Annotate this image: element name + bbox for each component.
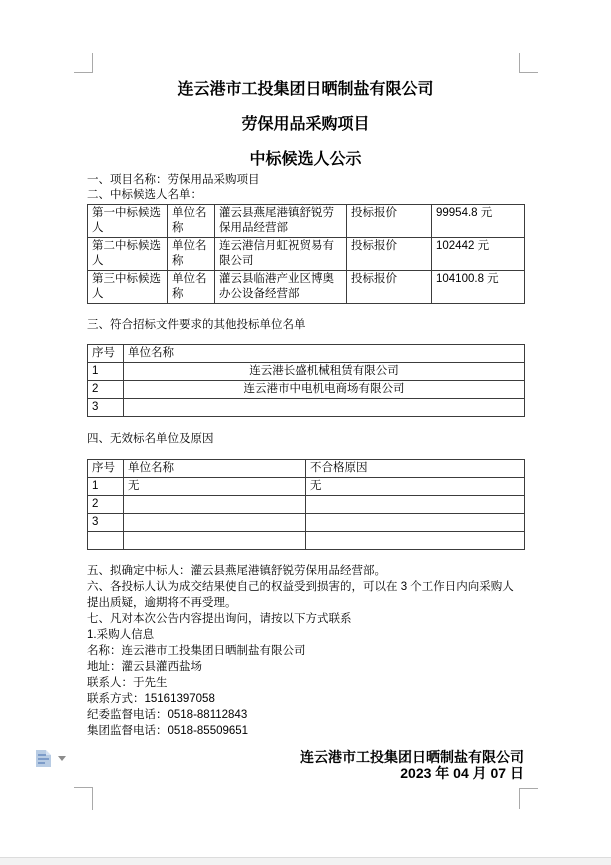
invalid-reason: [306, 514, 525, 532]
invalid-bid-row-2: 2: [88, 496, 525, 514]
candidates-row-3: 第三中标候选人 单位名称 灌云县临港产业区博奥办公设备经营部 投标报价 1041…: [88, 271, 525, 304]
table-header-row: 序号 单位名称: [88, 345, 525, 363]
unit-name: 灌云县燕尾港镇舒锐劳保用品经营部: [215, 205, 347, 238]
purchaser-address: 地址：灌云县灌西盐场: [87, 659, 524, 675]
price-label: 投标报价: [347, 205, 432, 238]
candidates-row-1: 第一中标候选人 单位名称 灌云县燕尾港镇舒锐劳保用品经营部 投标报价 99954…: [88, 205, 525, 238]
page-bottom-gap: [0, 857, 611, 865]
invalid-reason: [306, 532, 525, 550]
invalid-reason: [306, 496, 525, 514]
candidate-rank: 第一中标候选人: [88, 205, 168, 238]
price-value: 104100.8 元: [432, 271, 525, 304]
unit-label: 单位名称: [168, 271, 215, 304]
margin-crop-mark-bottom-right: [519, 788, 538, 809]
title-company: 连云港市工投集团日晒制盐有限公司: [87, 80, 524, 100]
group-supervision-phone: 集团监督电话：0518-85509651: [87, 723, 524, 739]
unit-name: 灌云县临港产业区博奥办公设备经营部: [215, 271, 347, 304]
purchaser-name: 名称：连云港市工投集团日晒制盐有限公司: [87, 643, 524, 659]
invalid-name: [124, 532, 306, 550]
section1-heading: 一、项目名称：劳保用品采购项目: [87, 173, 524, 188]
section4-heading: 四、无效标名单位及原因: [87, 432, 524, 447]
row-no: [88, 532, 124, 550]
margin-crop-mark-bottom-left: [74, 787, 93, 810]
invalid-bid-row-3: 3: [88, 514, 525, 532]
document-icon: [36, 750, 51, 767]
row-no: 1: [88, 478, 124, 496]
invalid-name: [124, 514, 306, 532]
discipline-supervision-phone: 纪委监督电话：0518-88112843: [87, 707, 524, 723]
page-fold-corner: [46, 750, 51, 755]
candidate-rank: 第三中标候选人: [88, 271, 168, 304]
purchaser-contact: 联系人：于先生: [87, 675, 524, 691]
candidates-table: 第一中标候选人 单位名称 灌云县燕尾港镇舒锐劳保用品经营部 投标报价 99954…: [87, 204, 525, 304]
unit-label: 单位名称: [168, 238, 215, 271]
invalid-reason: 无: [306, 478, 525, 496]
invalid-name: 无: [124, 478, 306, 496]
unit-label: 单位名称: [168, 205, 215, 238]
other-bidder-row-3: 3: [88, 399, 525, 417]
header-no: 序号: [88, 345, 124, 363]
purchaser-heading: 1.采购人信息: [87, 627, 524, 643]
section2-heading: 二、中标候选人名单：: [87, 188, 524, 203]
invalid-bid-row-4: [88, 532, 525, 550]
header-reason: 不合格原因: [306, 460, 525, 478]
document-page: 连云港市工投集团日晒制盐有限公司 劳保用品采购项目 中标候选人公示 一、项目名称…: [87, 0, 524, 781]
unit-name: 连云港信月虹祝贸易有限公司: [215, 238, 347, 271]
title-project: 劳保用品采购项目: [87, 115, 524, 135]
other-bidder-row-1: 1 连云港长盛机械租赁有限公司: [88, 363, 525, 381]
bidder-name: 连云港市中电机电商场有限公司: [124, 381, 525, 399]
purchaser-phone: 联系方式：15161397058: [87, 691, 524, 707]
price-value: 99954.8 元: [432, 205, 525, 238]
candidate-rank: 第二中标候选人: [88, 238, 168, 271]
row-no: 1: [88, 363, 124, 381]
paste-options-button[interactable]: [36, 750, 66, 768]
section5-text: 五、拟确定中标人：灌云县燕尾港镇舒锐劳保用品经营部。: [87, 563, 524, 579]
signature-date: 2023 年 04 月 07 日: [87, 765, 524, 781]
row-no: 3: [88, 514, 124, 532]
row-no: 2: [88, 496, 124, 514]
header-no: 序号: [88, 460, 124, 478]
table-header-row: 序号 单位名称 不合格原因: [88, 460, 525, 478]
bidder-name: 连云港长盛机械租赁有限公司: [124, 363, 525, 381]
header-name: 单位名称: [124, 460, 306, 478]
bidder-name: [124, 399, 525, 417]
row-no: 3: [88, 399, 124, 417]
other-bidder-row-2: 2 连云港市中电机电商场有限公司: [88, 381, 525, 399]
invalid-bids-table: 序号 单位名称 不合格原因 1 无 无 2 3: [87, 459, 525, 550]
invalid-name: [124, 496, 306, 514]
price-label: 投标报价: [347, 238, 432, 271]
section3-heading: 三、符合招标文件要求的其他投标单位名单: [87, 318, 524, 333]
section7-text: 七、凡对本次公告内容提出询问，请按以下方式联系: [87, 611, 524, 627]
signature-company: 连云港市工投集团日晒制盐有限公司: [87, 749, 524, 765]
row-no: 2: [88, 381, 124, 399]
header-name: 单位名称: [124, 345, 525, 363]
other-bidders-table: 序号 单位名称 1 连云港长盛机械租赁有限公司 2 连云港市中电机电商场有限公司…: [87, 344, 525, 417]
price-label: 投标报价: [347, 271, 432, 304]
invalid-bid-row-1: 1 无 无: [88, 478, 525, 496]
title-notice: 中标候选人公示: [87, 150, 524, 170]
candidates-row-2: 第二中标候选人 单位名称 连云港信月虹祝贸易有限公司 投标报价 102442 元: [88, 238, 525, 271]
price-value: 102442 元: [432, 238, 525, 271]
section6-text: 六、各投标人认为成交结果使自己的权益受到损害的，可以在 3 个工作日内向采购人提…: [87, 579, 524, 611]
dropdown-arrow-icon[interactable]: [58, 756, 66, 761]
